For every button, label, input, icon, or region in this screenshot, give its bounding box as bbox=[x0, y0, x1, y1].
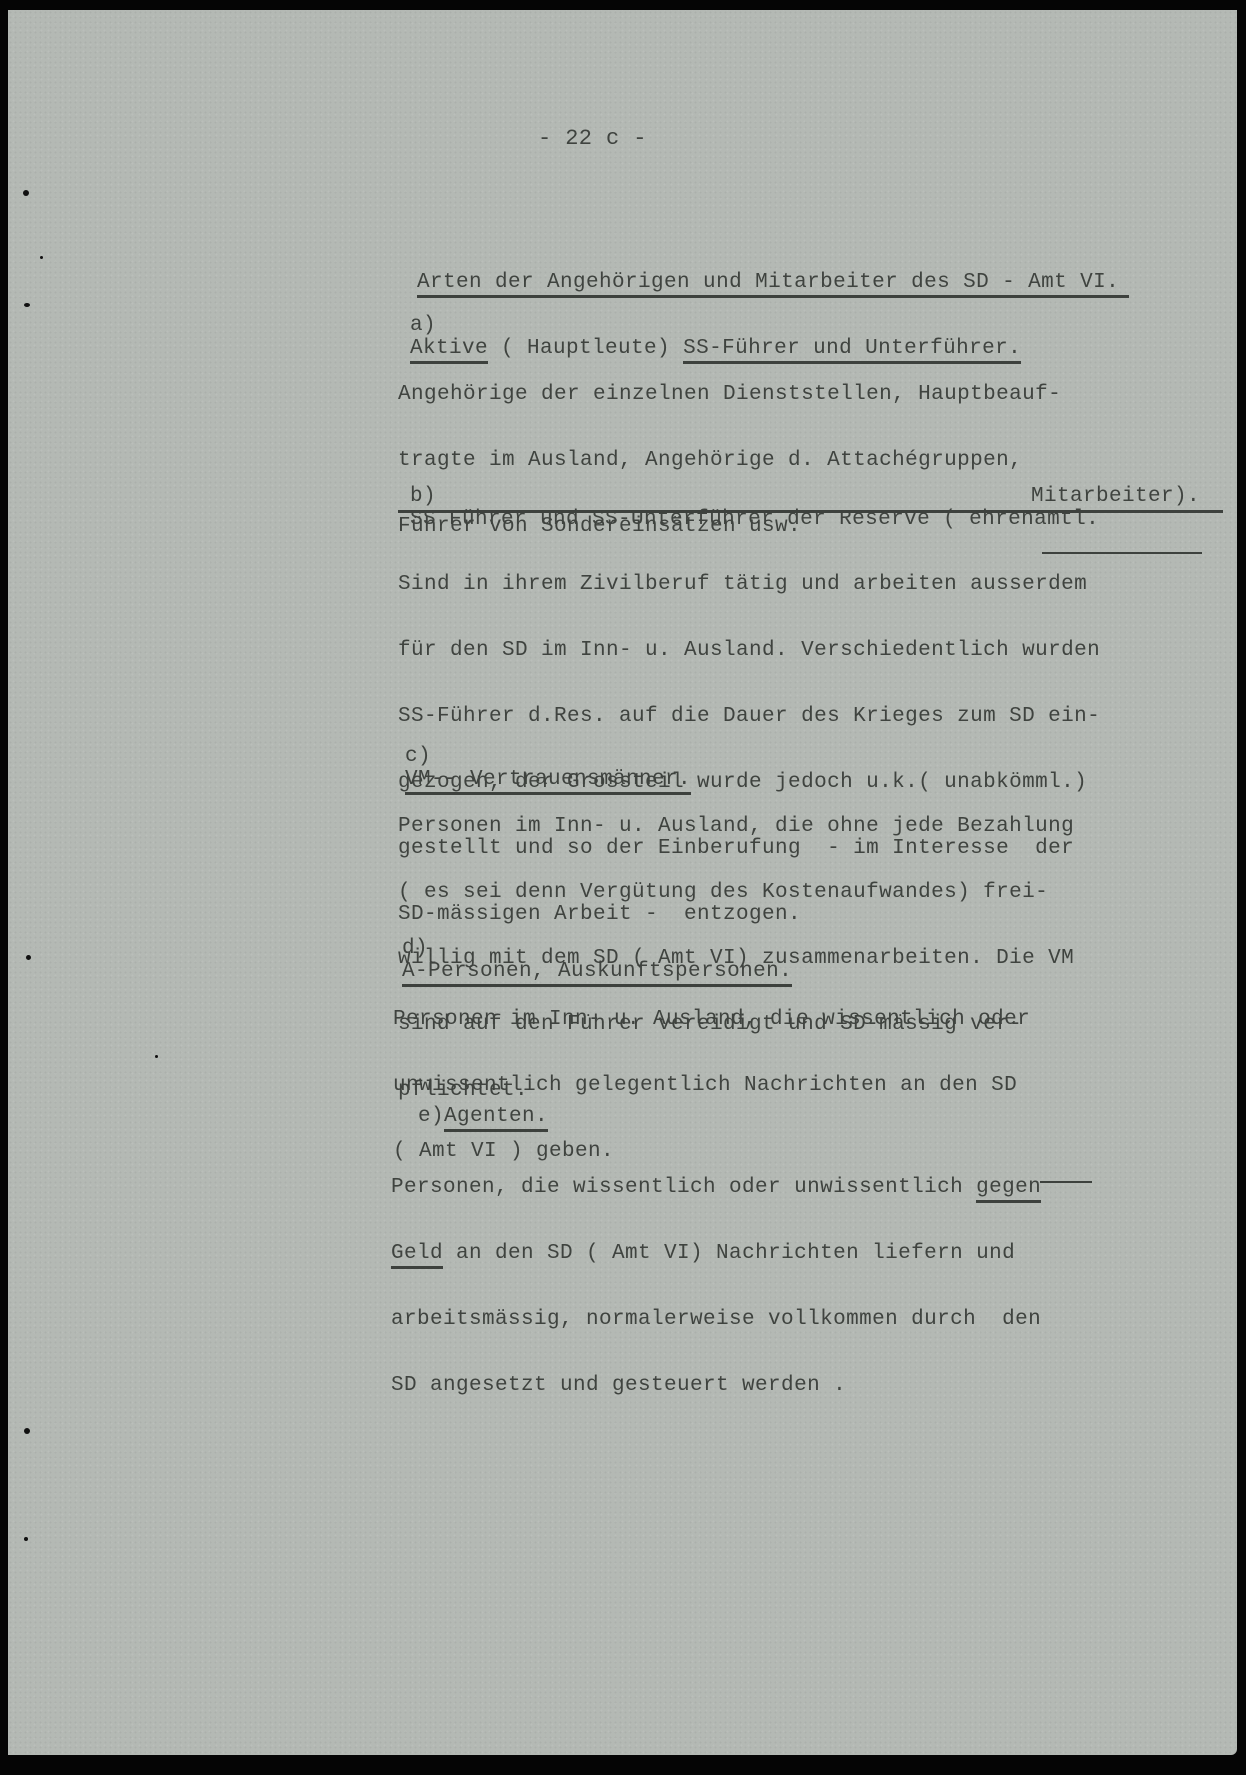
body-text-plain: an den SD ( Amt VI) Nachrichten liefern bbox=[443, 1242, 976, 1265]
body-text-underlined: Geld bbox=[391, 1242, 443, 1269]
body-line: Personen, die wissentlich oder unwissent… bbox=[391, 1177, 1041, 1199]
body-text-underlined: gegen bbox=[976, 1176, 1041, 1203]
margin-speck bbox=[24, 303, 30, 307]
body-text-plain: und bbox=[976, 1242, 1015, 1265]
section-marker: e) bbox=[418, 1105, 444, 1128]
margin-speck bbox=[155, 1055, 158, 1058]
body-text-plain: Personen, die wissentlich oder unwissent… bbox=[391, 1176, 976, 1199]
section-marker: c) bbox=[405, 745, 431, 768]
underline-und bbox=[1040, 1181, 1092, 1183]
section-marker: a) bbox=[410, 314, 436, 337]
page-number: - 22 c - bbox=[538, 126, 647, 151]
body-line: Personen im Inn- u. Ausland, die wissent… bbox=[393, 1009, 1030, 1031]
margin-speck bbox=[26, 955, 31, 960]
body-line: ( es sei denn Vergütung des Kostenaufwan… bbox=[398, 882, 1074, 904]
heading-underlined: Agenten. bbox=[444, 1105, 548, 1132]
document-page: - 22 c - Arten der Angehörigen und Mitar… bbox=[8, 10, 1237, 1755]
section-marker: b) bbox=[410, 485, 436, 508]
section-b-underline bbox=[398, 510, 1223, 513]
margin-speck bbox=[24, 1428, 30, 1434]
body-line: Sind in ihrem Zivilberuf tätig und arbei… bbox=[398, 574, 1100, 596]
section-marker: d) bbox=[402, 937, 428, 960]
section-b-heading-line-2: Mitarbeiter). bbox=[1031, 485, 1200, 508]
margin-speck bbox=[24, 1537, 28, 1541]
margin-speck bbox=[40, 256, 43, 259]
body-line: für den SD im Inn- u. Ausland. Verschied… bbox=[398, 640, 1100, 662]
body-line: SD angesetzt und gesteuert werden . bbox=[391, 1375, 1041, 1397]
body-line: Geld an den SD ( Amt VI) Nachrichten lie… bbox=[391, 1243, 1041, 1265]
body-line: Personen im Inn- u. Ausland, die ohne je… bbox=[398, 816, 1074, 838]
body-line: arbeitsmässig, normalerweise vollkommen … bbox=[391, 1309, 1041, 1331]
body-line: Angehörige der einzelnen Dienststellen, … bbox=[398, 384, 1061, 406]
margin-speck bbox=[23, 190, 29, 196]
section-e-body: Personen, die wissentlich oder unwissent… bbox=[391, 1133, 1041, 1441]
